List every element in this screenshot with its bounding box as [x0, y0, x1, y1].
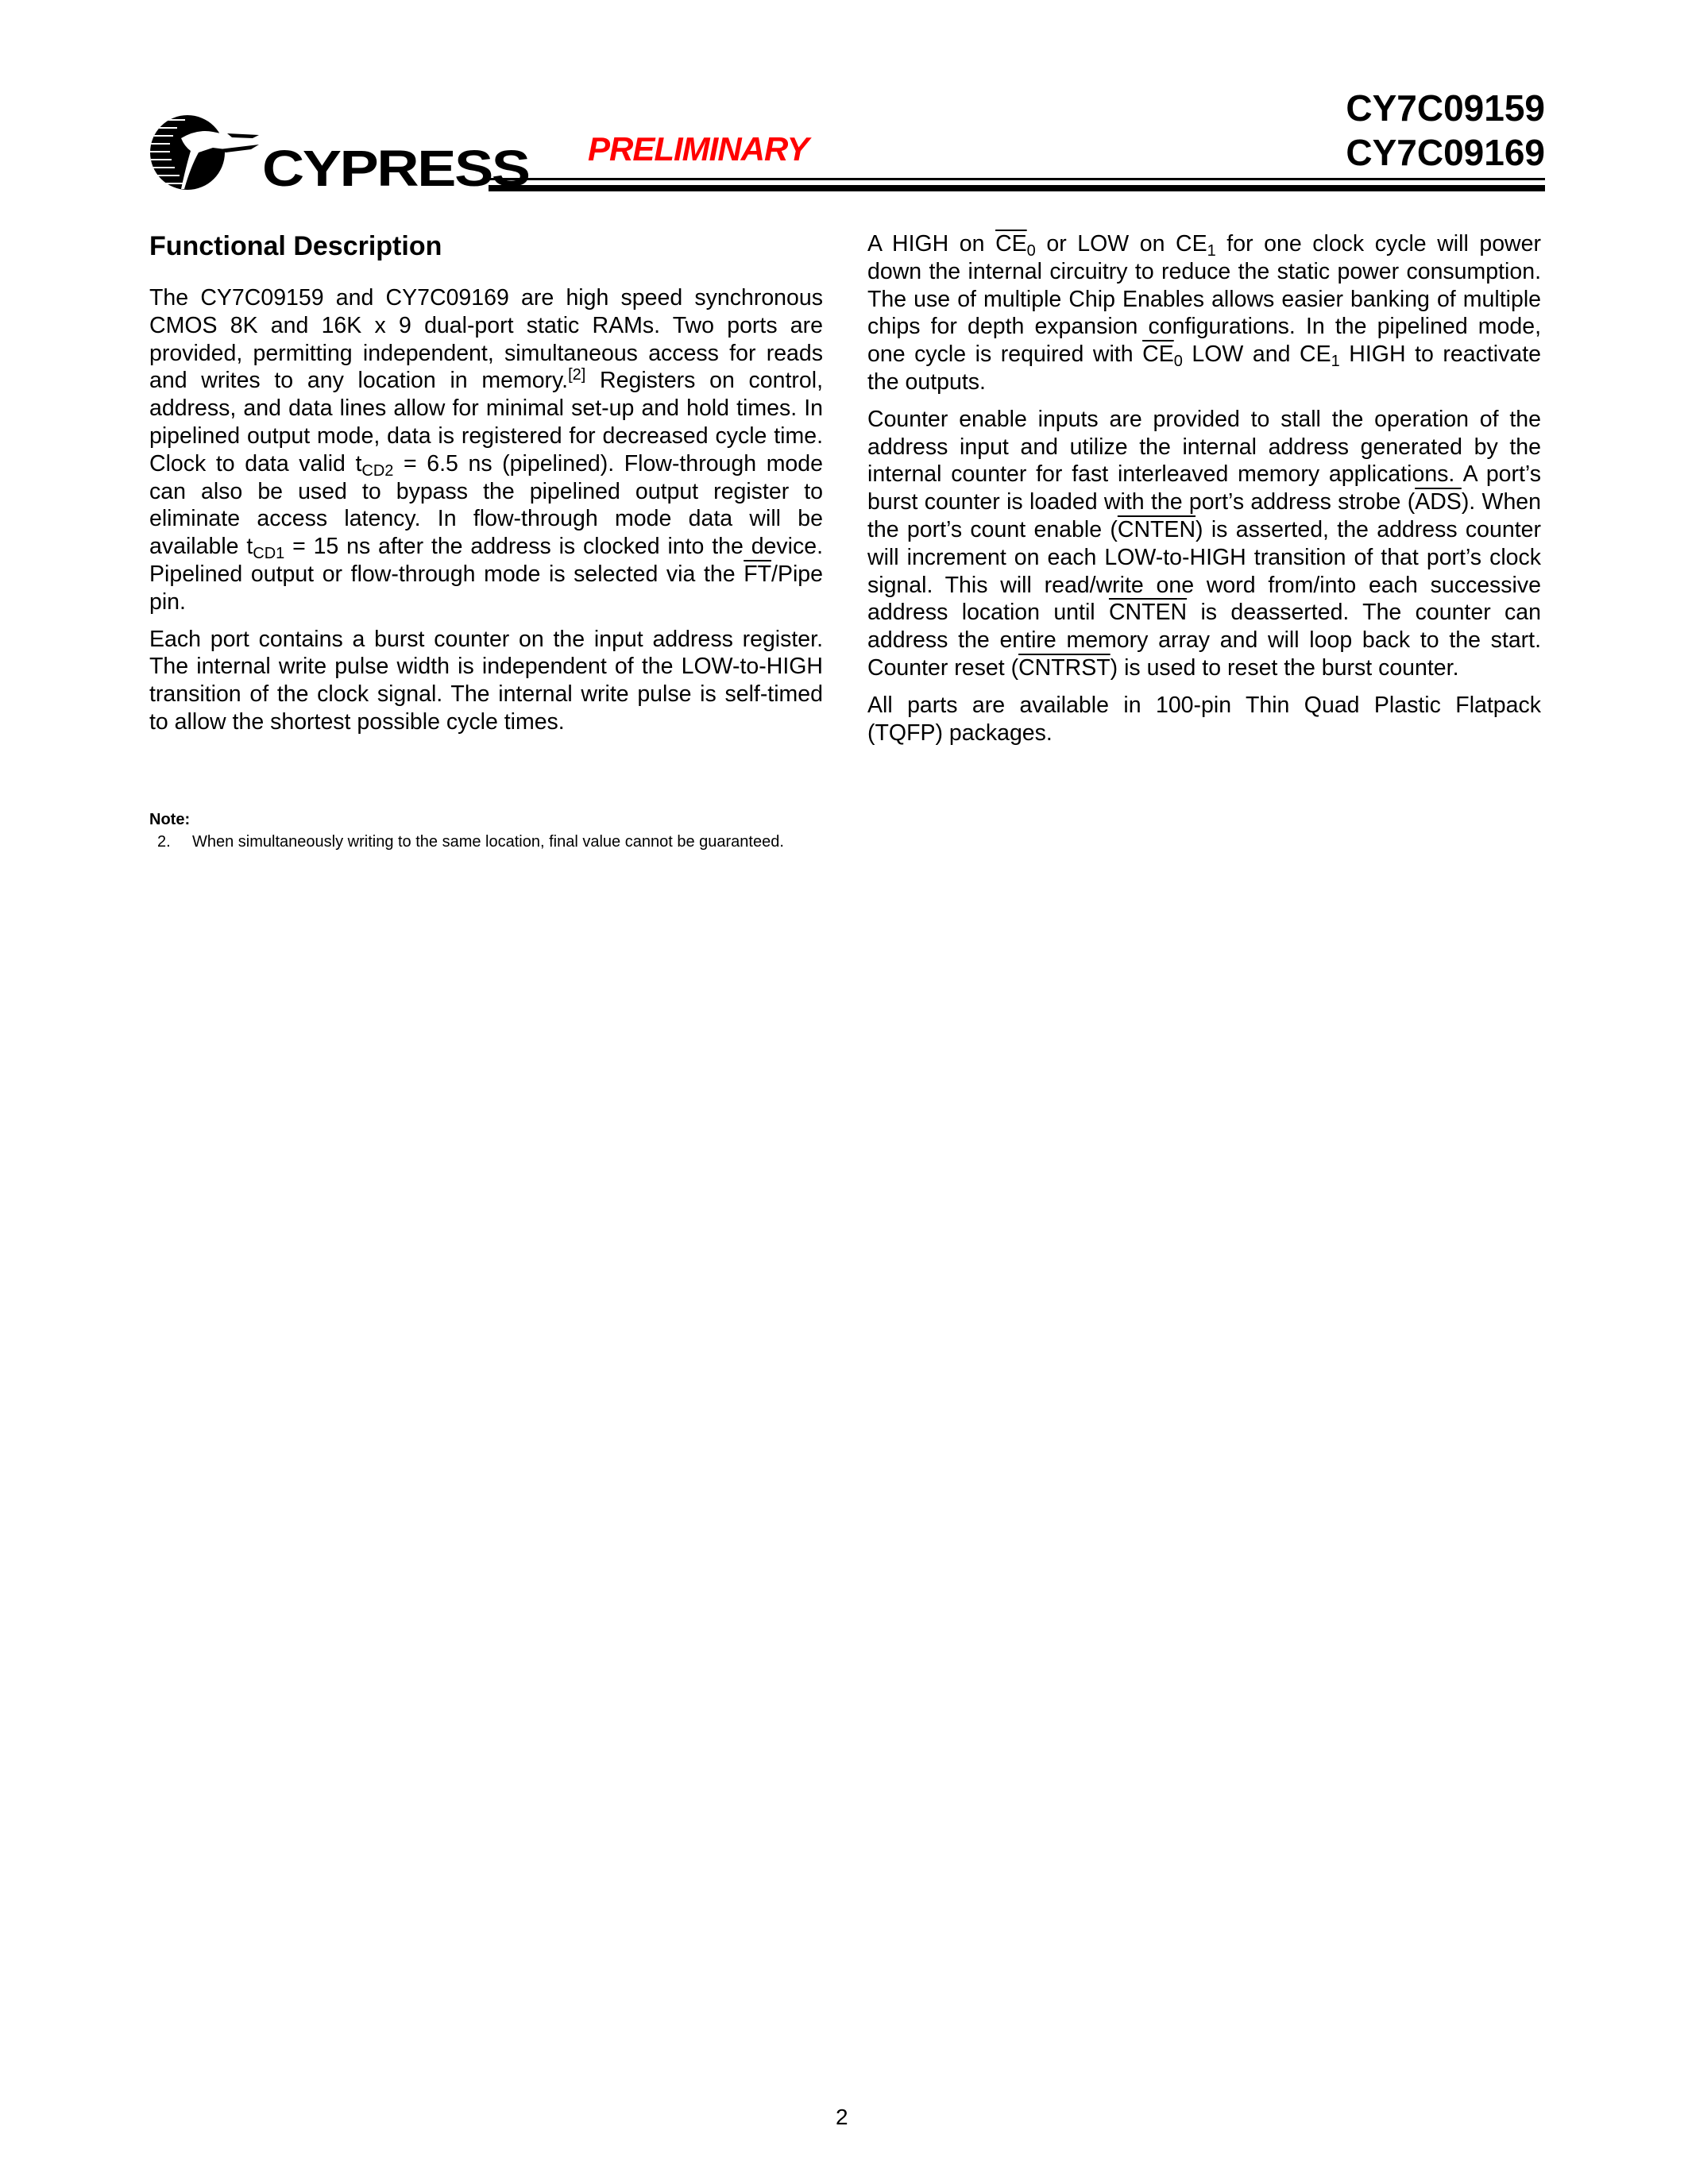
subscript: 1 — [1207, 242, 1216, 260]
header-rule-thin — [489, 178, 1545, 180]
text-run: ) is used to reset the burst counter. — [1111, 655, 1459, 681]
paragraph-intro: The CY7C09159 and CY7C09169 are high spe… — [149, 284, 823, 616]
paragraph-packages: All parts are available in 100-pin Thin … — [867, 692, 1541, 747]
preliminary-label: PRELIMINARY — [588, 130, 809, 168]
paragraph-burst-counter: Each port contains a burst counter on th… — [149, 626, 823, 736]
note-text: When simultaneously writing to the same … — [192, 833, 784, 851]
part-numbers: CY7C09159 CY7C09169 — [1346, 86, 1545, 175]
subscript: 0 — [1174, 353, 1183, 370]
signal-cntrst: CNTRST — [1018, 655, 1111, 681]
signal-cnten: CNTEN — [1118, 517, 1196, 542]
signal-ft: FT — [744, 561, 771, 587]
footnote-ref[interactable]: [2] — [568, 366, 585, 384]
signal-ads: ADS — [1415, 489, 1462, 515]
part-number-1: CY7C09159 — [1346, 86, 1545, 130]
signal-ce: CE — [995, 231, 1027, 257]
notes-section: Note: 2.When simultaneously writing to t… — [149, 808, 784, 853]
right-column: A HIGH on CE0 or LOW on CE1 for one cloc… — [867, 230, 1541, 756]
cypress-logo: CYPRESS — [149, 111, 483, 191]
note-number: 2. — [157, 831, 192, 853]
signal-ce: CE — [1142, 341, 1174, 367]
datasheet-page: CYPRESS PRELIMINARY CY7C09159 CY7C09169 … — [0, 0, 1688, 2184]
signal-cnten: CNTEN — [1109, 600, 1187, 625]
text-run: A HIGH on — [867, 231, 995, 257]
subscript: 1 — [1331, 353, 1340, 370]
text-run: LOW and CE — [1183, 341, 1331, 367]
cypress-tree-icon — [149, 111, 261, 191]
page-number: 2 — [836, 2105, 848, 2130]
text-run: or LOW on CE — [1036, 231, 1207, 257]
paragraph-chip-enable: A HIGH on CE0 or LOW on CE1 for one cloc… — [867, 230, 1541, 396]
section-heading: Functional Description — [149, 230, 823, 262]
paragraph-counter-enable: Counter enable inputs are provided to st… — [867, 406, 1541, 682]
subscript: CD2 — [361, 462, 393, 480]
part-number-2: CY7C09169 — [1346, 130, 1545, 175]
notes-title: Note: — [149, 808, 784, 831]
left-column: Functional Description The CY7C09159 and… — [149, 230, 823, 746]
note-item: 2.When simultaneously writing to the sam… — [149, 831, 784, 853]
subscript: CD1 — [253, 545, 284, 562]
header-rule-thick — [489, 185, 1545, 191]
subscript: 0 — [1027, 242, 1036, 260]
